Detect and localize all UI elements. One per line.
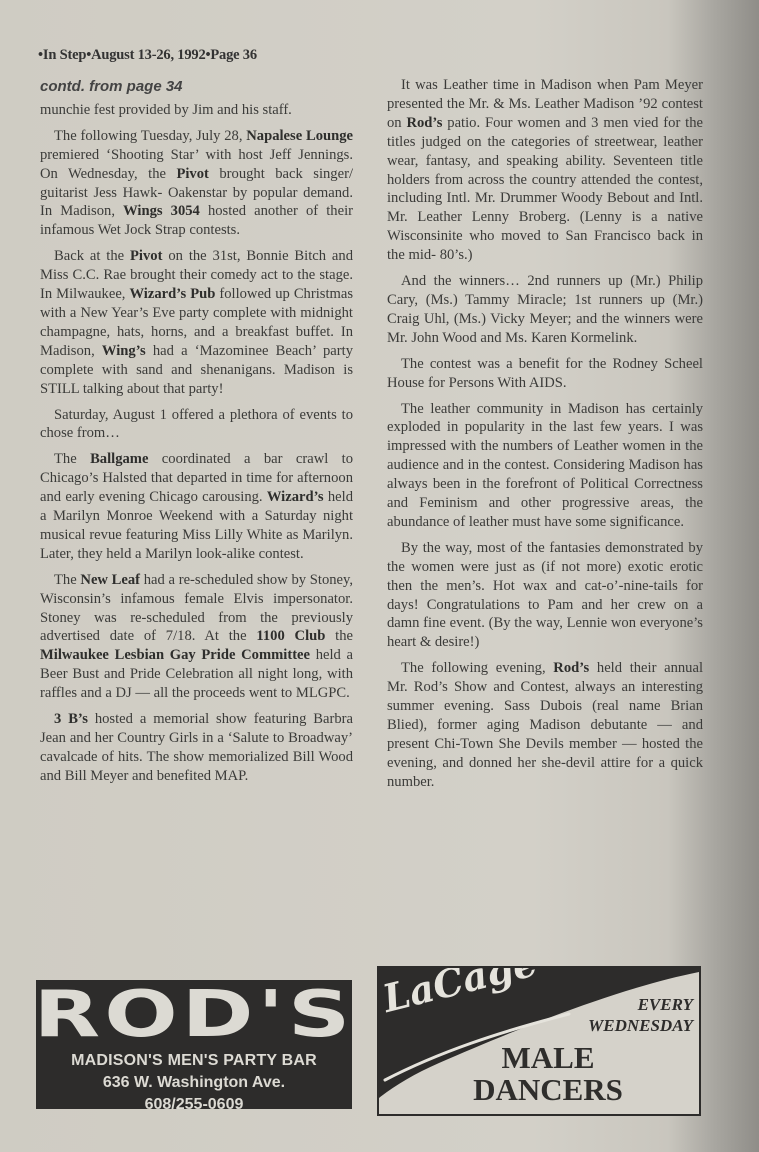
article-paragraph: 3 B’s hosted a memorial show featuring B…	[40, 710, 353, 786]
article-paragraph: It was Leather time in Madison when Pam …	[387, 76, 703, 265]
article-paragraph: munchie fest provided by Jim and his sta…	[40, 101, 353, 120]
article-paragraph: The New Leaf had a re-scheduled show by …	[40, 571, 353, 703]
headline-line-2: DANCERS	[397, 1074, 699, 1106]
venue-name: Wizard’s	[267, 489, 324, 505]
rods-tagline: MADISON'S MEN'S PARTY BAR	[36, 1052, 352, 1070]
rods-logo: ROD'S	[0, 984, 407, 1046]
rods-advertisement: ROD'S MADISON'S MEN'S PARTY BAR 636 W. W…	[36, 980, 352, 1109]
continued-label: contd. from page 34	[40, 78, 353, 97]
venue-name: 1100 Club	[256, 628, 325, 644]
article-paragraph: The Ballgame coordinated a bar crawl to …	[40, 450, 353, 563]
article-paragraph: The leather community in Madison has cer…	[387, 400, 703, 532]
venue-name: New Leaf	[80, 572, 140, 588]
article-paragraph: The contest was a benefit for the Rodney…	[387, 355, 703, 393]
lacage-headline: MALE DANCERS	[379, 1042, 699, 1106]
venue-name: Wings 3054	[123, 203, 200, 219]
venue-name: Pivot	[130, 248, 162, 264]
article-paragraph: The following evening, Rod’s held their …	[387, 659, 703, 791]
rods-phone: 608/255-0609	[36, 1096, 352, 1114]
lacage-schedule: EVERY WEDNESDAY	[588, 994, 693, 1036]
headline-line-1: MALE	[397, 1042, 699, 1074]
newspaper-page: •In Step•August 13-26, 1992•Page 36 cont…	[0, 0, 759, 1152]
venue-name: Ballgame	[90, 451, 148, 467]
venue-name: Pivot	[176, 166, 208, 182]
venue-name: Rod’s	[553, 660, 589, 676]
right-column: It was Leather time in Madison when Pam …	[387, 76, 703, 799]
article-paragraph: The following Tuesday, July 28, Napalese…	[40, 127, 353, 240]
schedule-line-1: EVERY	[588, 994, 693, 1015]
venue-name: Rod’s	[406, 115, 442, 131]
venue-name: 3 B’s	[54, 711, 88, 727]
venue-name: Milwaukee Lesbian Gay Pride Committee	[40, 647, 310, 663]
right-column-body: It was Leather time in Madison when Pam …	[387, 76, 703, 792]
article-paragraph: And the winners… 2nd runners up (Mr.) Ph…	[387, 272, 703, 348]
rods-address: 636 W. Washington Ave.	[36, 1074, 352, 1092]
venue-name: Wing’s	[102, 343, 146, 359]
lacage-advertisement: LaCage EVERY WEDNESDAY MALE DANCERS	[377, 966, 701, 1116]
left-column: contd. from page 34 munchie fest provide…	[40, 78, 353, 793]
venue-name: Wizard’s Pub	[129, 286, 215, 302]
venue-name: Napalese Lounge	[246, 128, 353, 144]
schedule-line-2: WEDNESDAY	[588, 1015, 693, 1036]
article-paragraph: Back at the Pivot on the 31st, Bonnie Bi…	[40, 247, 353, 398]
article-paragraph: By the way, most of the fantasies demons…	[387, 539, 703, 652]
running-head: •In Step•August 13-26, 1992•Page 36	[38, 47, 257, 64]
left-column-body: munchie fest provided by Jim and his sta…	[40, 101, 353, 786]
article-paragraph: Saturday, August 1 offered a plethora of…	[40, 406, 353, 444]
